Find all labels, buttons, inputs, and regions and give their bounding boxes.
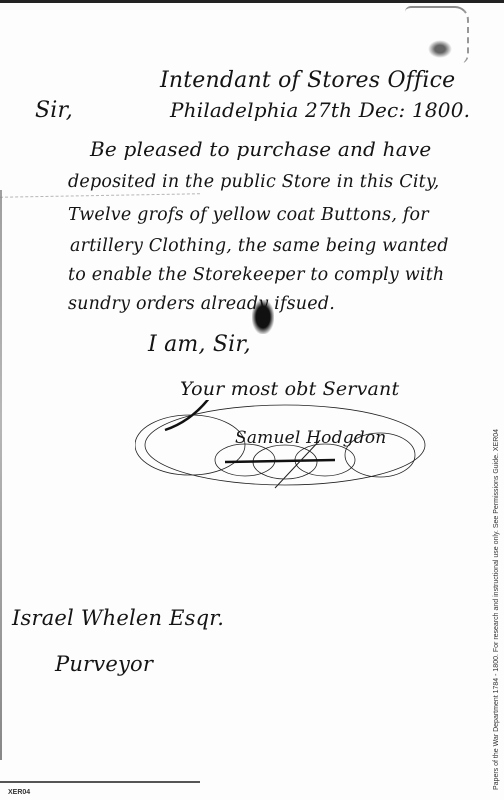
addressee-title: Purveyor [55,652,153,676]
body-line: Twelve grofs of yellow coat Buttons, for [68,205,429,225]
paper-fold-line [0,193,200,198]
paper-left-edge [0,190,2,760]
ink-blot [252,300,274,334]
body-line: Be pleased to purchase and have [90,137,431,161]
complimentary-close: Your most obt Servant [180,378,399,400]
place-date-line: Philadelphia 27th Dec: 1800. [170,98,470,122]
office-heading: Intendant of Stores Office [160,68,455,93]
salutation: Sir, [35,98,73,123]
body-line: artillery Clothing, the same being wante… [70,236,449,256]
closing-line: I am, Sir, [148,332,251,357]
archive-caption: Papers of the War Department 1784 - 1800… [493,429,500,790]
scan-top-border [0,0,504,3]
body-line: to enable the Storekeeper to comply with [68,265,444,285]
seal-ink-spot [428,40,452,58]
paper-bottom-edge [0,781,200,783]
body-line: sundry orders already ifsued. [68,294,335,314]
document-reference: XER04 [8,789,30,796]
signature: Samuel Hodgdon [235,428,386,448]
letter-page: Intendant of Stores Office Sir, Philadel… [0,0,504,800]
addressee-name: Israel Whelen Esqr. [12,606,224,630]
body-line: deposited in the public Store in this Ci… [68,172,439,192]
